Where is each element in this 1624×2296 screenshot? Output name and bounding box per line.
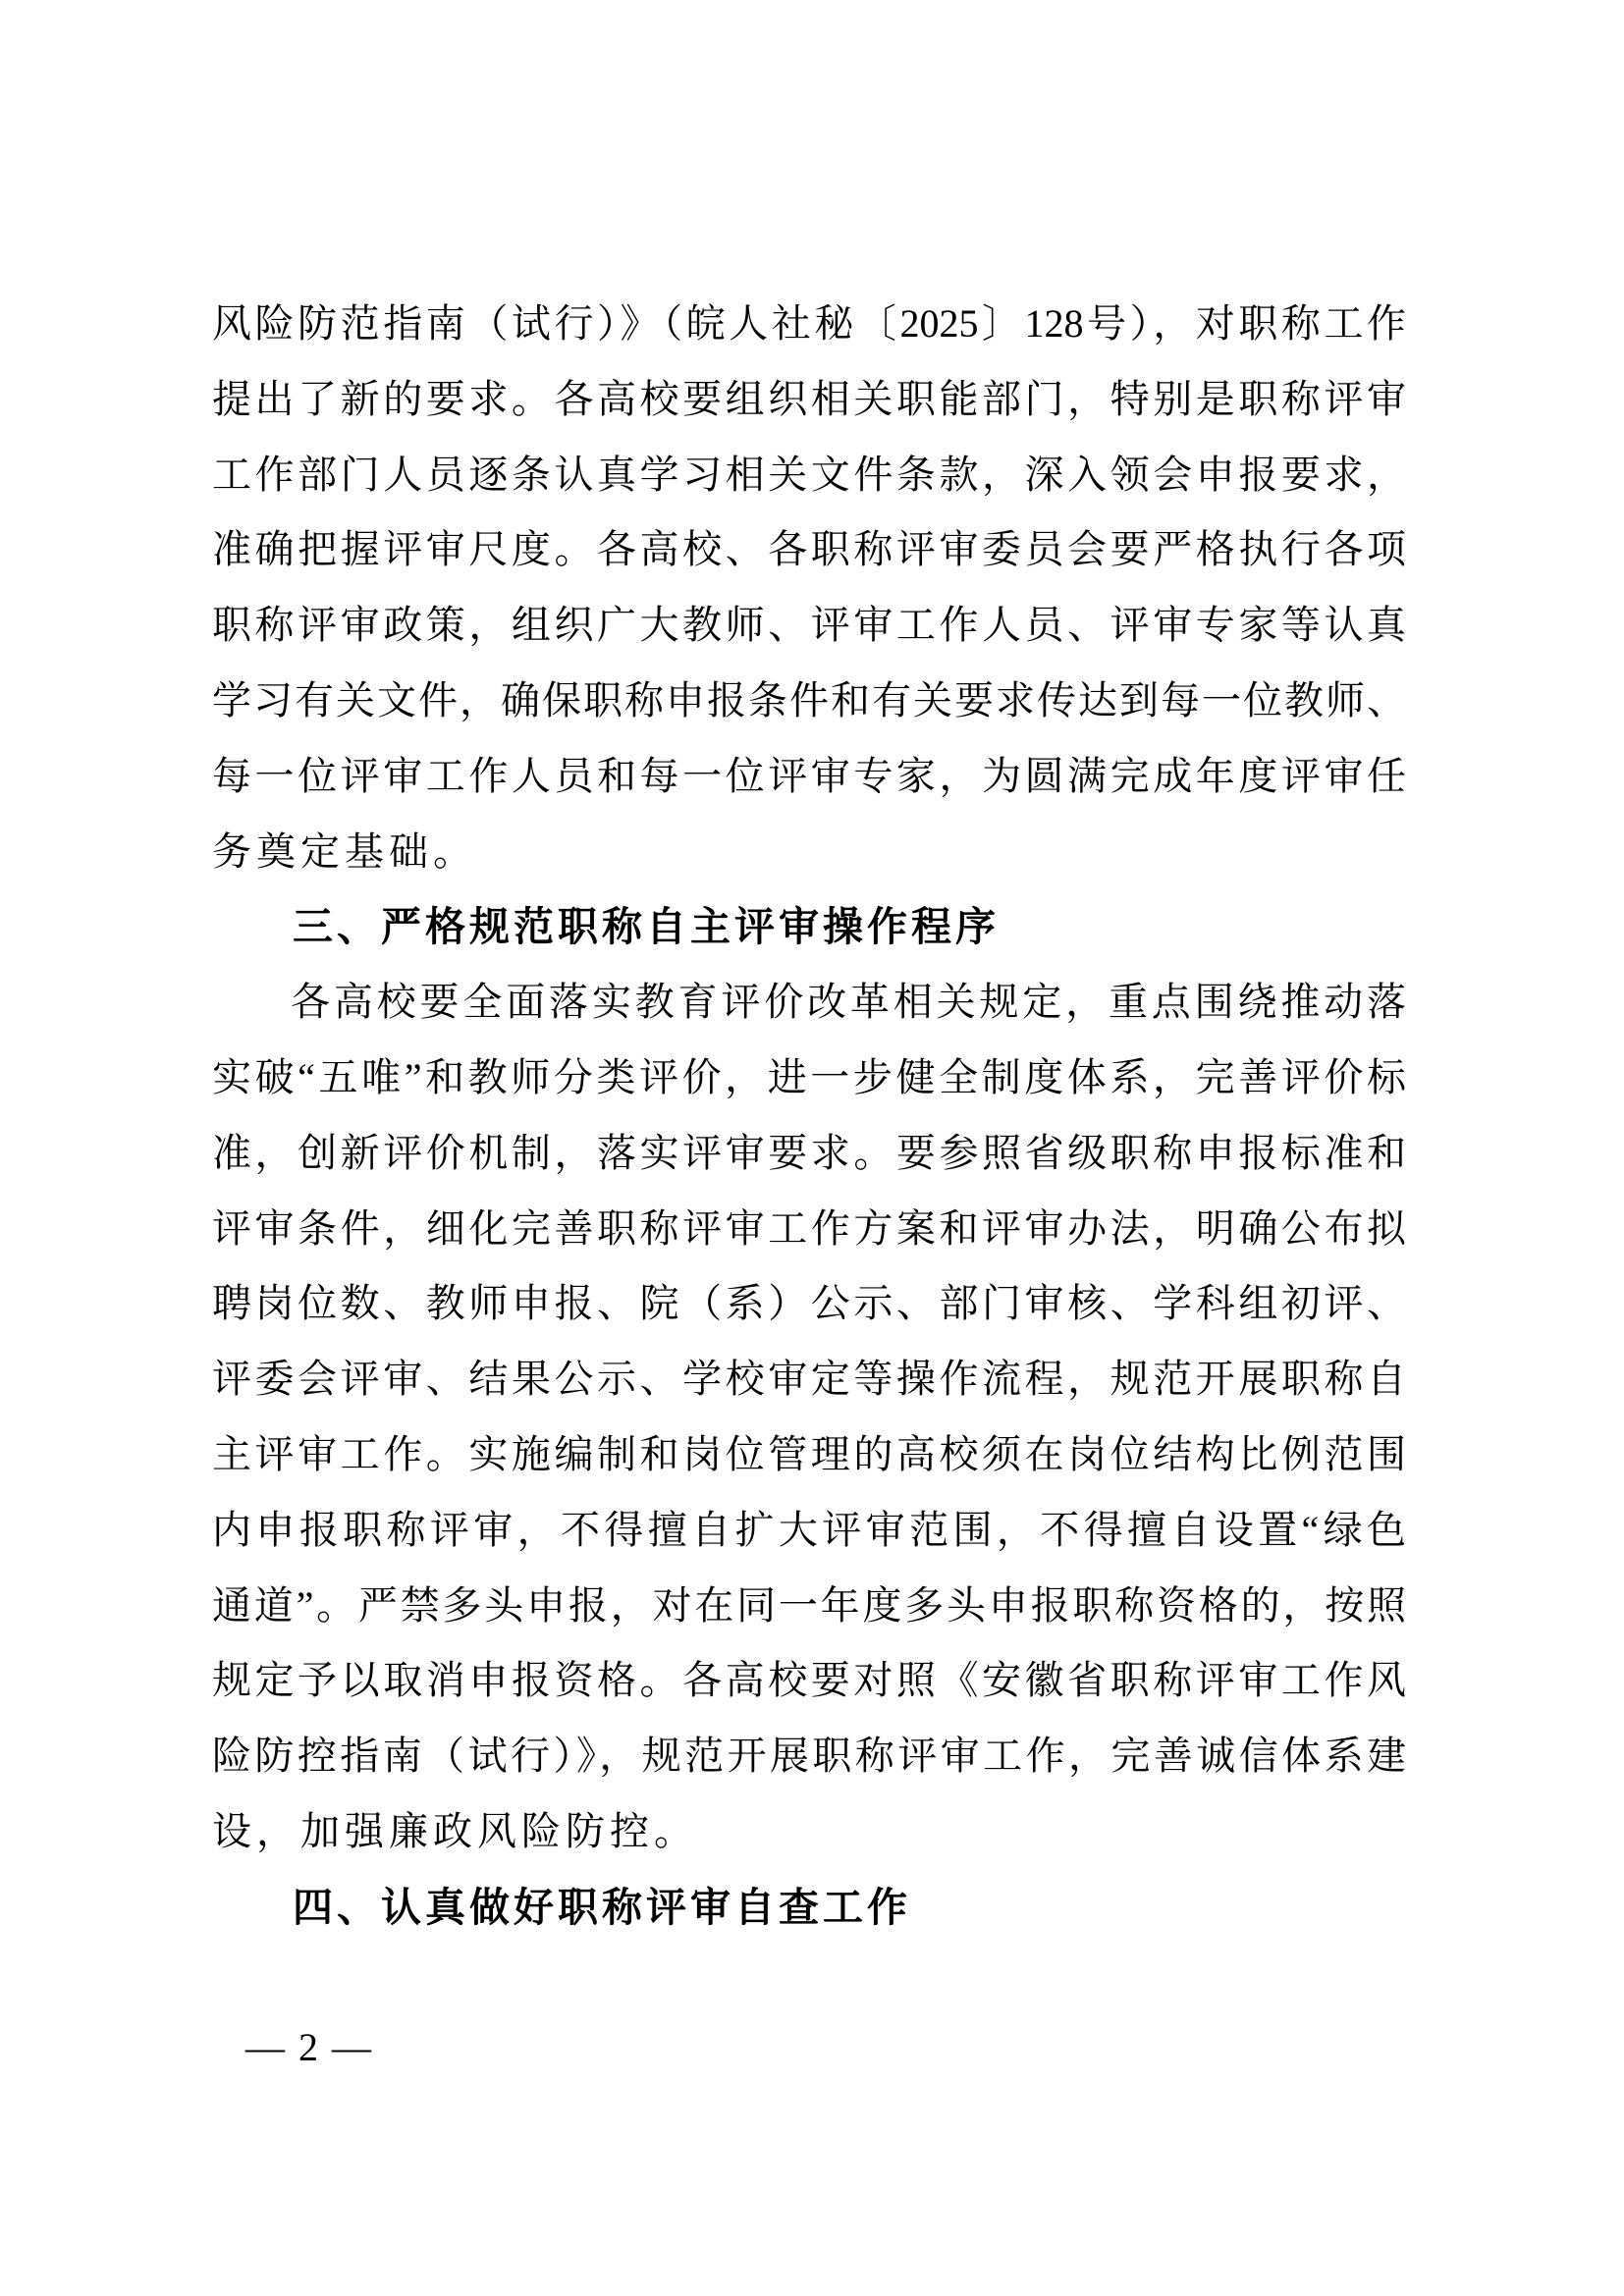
body-line: 准确把握评审尺度。各高校、各职称评审委员会要严格执行各项 bbox=[212, 512, 1406, 588]
body-line: 内申报职称评审，不得擅自扩大评审范围，不得擅自设置“绿色 bbox=[212, 1493, 1406, 1569]
paragraph-end-line: 设，加强廉政风险防控。 bbox=[212, 1794, 1406, 1870]
page-body-text: 风险防范指南（试行）》（皖人社秘〔2025〕128号），对职称工作 提出了新的要… bbox=[212, 287, 1406, 1946]
body-line: 评审条件，细化完善职称评审工作方案和评审办法，明确公布拟 bbox=[212, 1192, 1406, 1267]
body-line: 险防控指南（试行）》，规范开展职称评审工作，完善诚信体系建 bbox=[212, 1719, 1406, 1794]
section-heading-3: 三、严格规范职称自主评审操作程序 bbox=[212, 889, 1406, 965]
body-line: 职称评审政策，组织广大教师、评审工作人员、评审专家等认真 bbox=[212, 588, 1406, 664]
body-line: 规定予以取消申报资格。各高校要对照《安徽省职称评审工作风 bbox=[212, 1643, 1406, 1719]
paragraph-end-line: 务奠定基础。 bbox=[212, 815, 1406, 890]
body-line: 聘岗位数、教师申报、院（系）公示、部门审核、学科组初评、 bbox=[212, 1266, 1406, 1342]
page-number: — 2 — bbox=[245, 2024, 373, 2071]
body-line: 通道”。严禁多头申报，对在同一年度多头申报职称资格的，按照 bbox=[212, 1569, 1406, 1644]
body-line: 提出了新的要求。各高校要组织相关职能部门，特别是职称评审 bbox=[212, 362, 1406, 438]
document-page: 风险防范指南（试行）》（皖人社秘〔2025〕128号），对职称工作 提出了新的要… bbox=[0, 0, 1624, 2296]
body-line: 实破“五唯”和教师分类评价，进一步健全制度体系，完善评价标 bbox=[212, 1041, 1406, 1116]
body-line: 评委会评审、结果公示、学校审定等操作流程，规范开展职称自 bbox=[212, 1342, 1406, 1417]
section-heading-4: 四、认真做好职称评审自查工作 bbox=[212, 1870, 1406, 1946]
body-line: 学习有关文件，确保职称申报条件和有关要求传达到每一位教师、 bbox=[212, 664, 1406, 739]
body-line: 准，创新评价机制，落实评审要求。要参照省级职称申报标准和 bbox=[212, 1116, 1406, 1192]
body-line: 主评审工作。实施编制和岗位管理的高校须在岗位结构比例范围 bbox=[212, 1417, 1406, 1493]
paragraph-start-line: 各高校要全面落实教育评价改革相关规定，重点围绕推动落 bbox=[212, 965, 1406, 1041]
body-line: 工作部门人员逐条认真学习相关文件条款，深入领会申报要求， bbox=[212, 438, 1406, 513]
body-line: 每一位评审工作人员和每一位评审专家，为圆满完成年度评审任 bbox=[212, 739, 1406, 815]
body-line: 风险防范指南（试行）》（皖人社秘〔2025〕128号），对职称工作 bbox=[212, 287, 1406, 362]
